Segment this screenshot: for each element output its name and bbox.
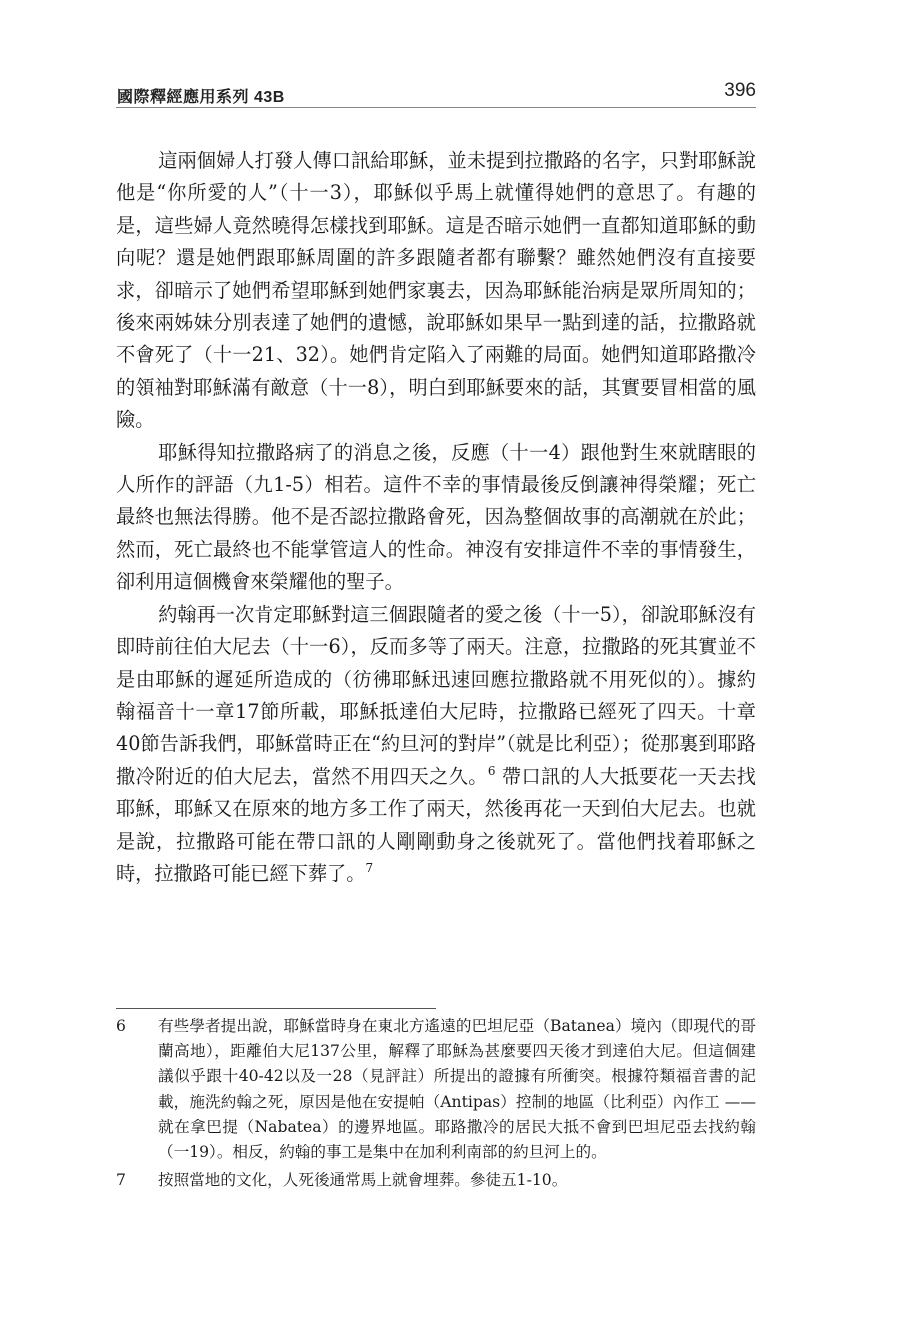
paragraph-3: 約翰再一次肯定耶穌對這三個跟隨者的愛之後（十一5），卻說耶穌沒有即時前往伯大尼去…: [116, 599, 756, 891]
page-number: 396: [724, 80, 756, 102]
footnote-ref-7[interactable]: 7: [365, 861, 373, 875]
footnote-6: 6 有些學者提出說，耶穌當時身在東北方遙遠的巴坦尼亞（Batanea）境內（即現…: [116, 1014, 756, 1165]
paragraph-1: 這兩個婦人打發人傳口訊給耶穌，並未提到拉撒路的名字，只對耶穌說他是“你所愛的人”…: [116, 145, 756, 437]
footnote-number: 7: [116, 1168, 126, 1193]
footnotes: 6 有些學者提出說，耶穌當時身在東北方遙遠的巴坦尼亞（Batanea）境內（即現…: [116, 1014, 756, 1196]
paragraph-3-part-1: 約翰再一次肯定耶穌對這三個跟隨者的愛之後（十一5），卻說耶穌沒有即時前往伯大尼去…: [116, 603, 756, 788]
footnote-7: 7 按照當地的文化，人死後通常馬上就會埋葬。參徒五1-10。: [116, 1168, 756, 1193]
body-text: 這兩個婦人打發人傳口訊給耶穌，並未提到拉撒路的名字，只對耶穌說他是“你所愛的人”…: [116, 145, 756, 890]
footnote-separator: [116, 1008, 436, 1009]
header-rule: [116, 107, 756, 108]
running-header: 國際釋經應用系列 43B 396: [116, 80, 756, 106]
footnote-text: 有些學者提出說，耶穌當時身在東北方遙遠的巴坦尼亞（Batanea）境內（即現代的…: [158, 1017, 756, 1161]
paragraph-2: 耶穌得知拉撒路病了的消息之後，反應（十一4）跟他對生來就瞎眼的人所作的評語（九1…: [116, 437, 756, 599]
series-title: 國際釋經應用系列 43B: [117, 84, 285, 107]
footnote-number: 6: [116, 1014, 126, 1039]
footnote-text: 按照當地的文化，人死後通常馬上就會埋葬。參徒五1-10。: [158, 1171, 567, 1189]
